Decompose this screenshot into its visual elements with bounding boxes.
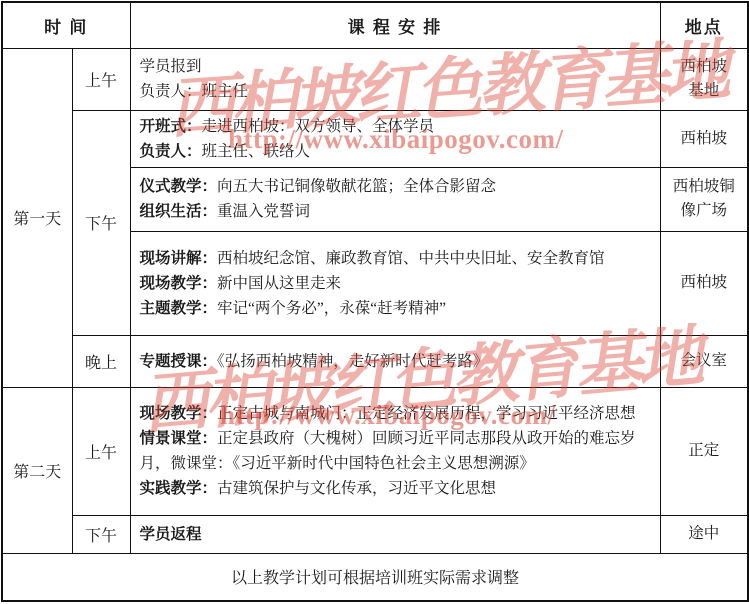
course-cell: 学员返程 <box>130 515 660 553</box>
course-line: 情景课堂：正定县政府（大槐树）回顾习近平同志那段从政开始的难忘岁月，微课堂：《习… <box>140 426 651 476</box>
course-cell: 开班式：走进西柏坡：双方领导、全体学员 负责人：班主任、联络人 <box>130 110 660 167</box>
training-schedule-table: 时 间 课 程 安 排 地点 第一天 上午 学员报到 负责人：班主任 西柏坡 基… <box>1 1 749 602</box>
course-cell: 仪式教学：向五大书记铜像敬献花篮；全体合影留念 组织生活：重温入党誓词 <box>130 167 660 231</box>
table-row: 晚上 专题授课：《弘扬西柏坡精神，走好新时代赶考路》 会议室 <box>2 335 748 387</box>
time-cell-evening: 晚上 <box>72 335 130 387</box>
table-row: 第二天 上午 现场教学：正定古城与南城门：正定经济发展历程，学习习近平经济思想 … <box>2 387 748 515</box>
course-line: 负责人：班主任 <box>140 79 651 104</box>
time-cell-morning: 上午 <box>72 387 130 515</box>
header-course: 课 程 安 排 <box>130 2 660 48</box>
course-line: 现场教学：新中国从这里走来 <box>140 271 651 296</box>
course-line: 学员返程 <box>140 522 651 547</box>
course-cell: 现场教学：正定古城与南城门：正定经济发展历程，学习习近平经济思想 情景课堂：正定… <box>130 387 660 515</box>
table-row: 下午 开班式：走进西柏坡：双方领导、全体学员 负责人：班主任、联络人 西柏坡 <box>2 110 748 167</box>
course-cell: 现场讲解：西柏坡纪念馆、廉政教育馆、中共中央旧址、安全教育馆 现场教学：新中国从… <box>130 231 660 335</box>
course-cell: 学员报到 负责人：班主任 <box>130 48 660 110</box>
course-line: 主题教学：牢记“两个务必”，永葆“赶考精神” <box>140 296 651 321</box>
course-line: 负责人：班主任、联络人 <box>140 139 651 164</box>
location-cell: 西柏坡 <box>660 231 748 335</box>
location-cell: 途中 <box>660 515 748 553</box>
course-line: 专题授课：《弘扬西柏坡精神，走好新时代赶考路》 <box>140 349 651 374</box>
location-cell: 西柏坡 <box>660 110 748 167</box>
table-row: 第一天 上午 学员报到 负责人：班主任 西柏坡 基地 <box>2 48 748 110</box>
time-cell-afternoon: 下午 <box>72 110 130 335</box>
time-cell-afternoon: 下午 <box>72 515 130 553</box>
course-line: 实践教学：古建筑保护与文化传承，习近平文化思想 <box>140 476 651 501</box>
header-row: 时 间 课 程 安 排 地点 <box>2 2 748 48</box>
course-line: 组织生活：重温入党誓词 <box>140 199 651 224</box>
footer-note: 以上教学计划可根据培训班实际需求调整 <box>2 553 748 601</box>
course-line: 开班式：走进西柏坡：双方领导、全体学员 <box>140 114 651 139</box>
location-cell: 会议室 <box>660 335 748 387</box>
course-line: 学员报到 <box>140 54 651 79</box>
course-cell: 专题授课：《弘扬西柏坡精神，走好新时代赶考路》 <box>130 335 660 387</box>
location-cell: 正定 <box>660 387 748 515</box>
course-line: 现场讲解：西柏坡纪念馆、廉政教育馆、中共中央旧址、安全教育馆 <box>140 246 651 271</box>
day-2-cell: 第二天 <box>2 387 72 553</box>
course-line: 仪式教学：向五大书记铜像敬献花篮；全体合影留念 <box>140 174 651 199</box>
table-row: 下午 学员返程 途中 <box>2 515 748 553</box>
time-cell-morning: 上午 <box>72 48 130 110</box>
course-line: 现场教学：正定古城与南城门：正定经济发展历程，学习习近平经济思想 <box>140 401 651 426</box>
footer-row: 以上教学计划可根据培训班实际需求调整 <box>2 553 748 601</box>
location-cell: 西柏坡铜 像广场 <box>660 167 748 231</box>
location-cell: 西柏坡 基地 <box>660 48 748 110</box>
day-1-cell: 第一天 <box>2 48 72 387</box>
header-time: 时 间 <box>2 2 130 48</box>
header-location: 地点 <box>660 2 748 48</box>
